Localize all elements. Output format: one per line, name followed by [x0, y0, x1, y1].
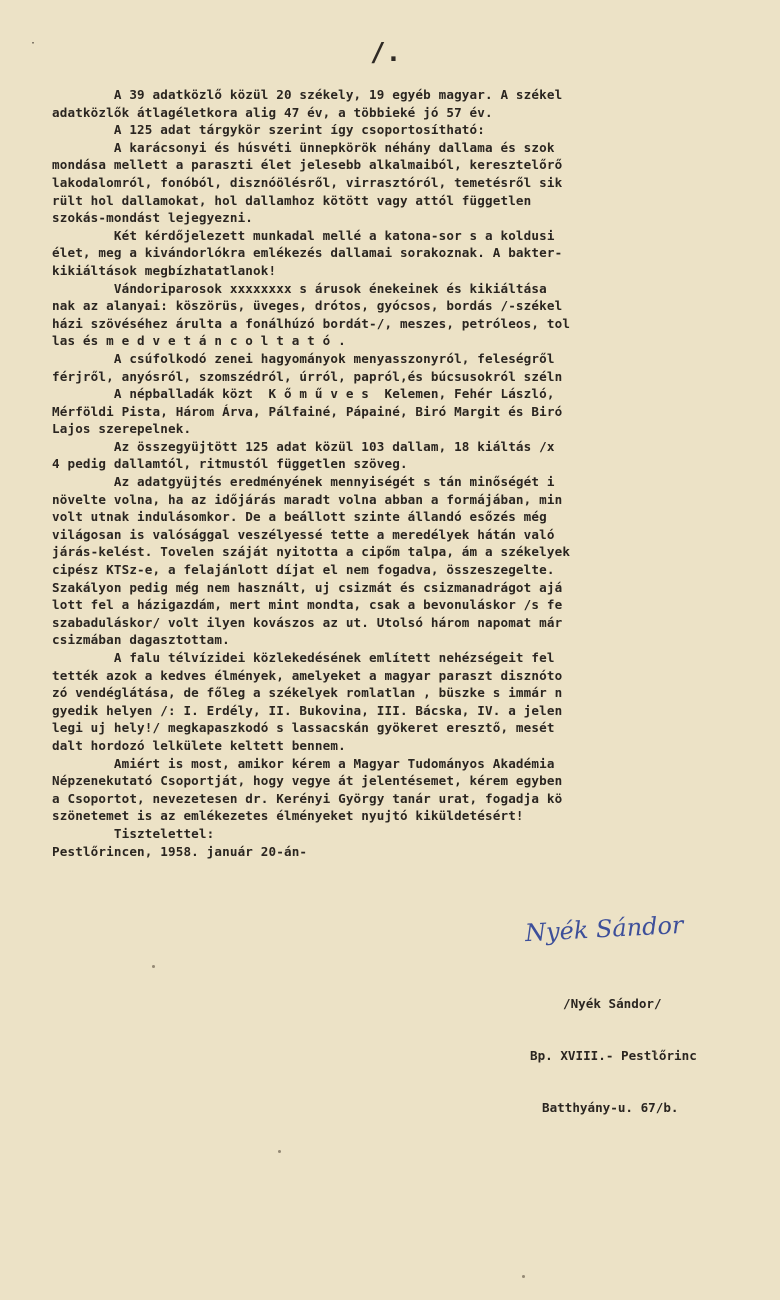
text-line: Tisztelettel:: [52, 825, 780, 843]
text-line: 4 pedig dallamtól, ritmustól független s…: [52, 455, 780, 473]
text-line: a Csoportot, nevezetesen dr. Kerényi Gyö…: [52, 790, 780, 808]
handwritten-signature: Nyék Sándor: [524, 911, 684, 947]
page-marker: /.: [370, 38, 401, 68]
address-line-2: Batthyány-u. 67/b.: [530, 1099, 697, 1116]
paper-speck: [152, 965, 155, 968]
paper-speck: [278, 1150, 281, 1153]
text-line: mondása mellett a paraszti élet jelesebb…: [52, 156, 780, 174]
text-line: tették azok a kedves élmények, amelyeket…: [52, 667, 780, 685]
text-line: A népballadák közt K ő m ű v e s Kelemen…: [52, 385, 780, 403]
text-line: adatközlők átlagéletkora alig 47 év, a t…: [52, 104, 780, 122]
text-line: kikiáltások megbízhatatlanok!: [52, 262, 780, 280]
text-line: A falu télvízidei közlekedésének említet…: [52, 649, 780, 667]
text-line: Mérföldi Pista, Három Árva, Pálfainé, Pá…: [52, 403, 780, 421]
text-line: nak az alanyai: köszörüs, üveges, drótos…: [52, 297, 780, 315]
text-line: gyedik helyen /: I. Erdély, II. Bukovina…: [52, 702, 780, 720]
text-line: dalt hordozó lelkülete keltett bennem.: [52, 737, 780, 755]
text-line: cipész KTSz-e, a felajánlott díjat el ne…: [52, 561, 780, 579]
text-line: csizmában dagasztottam.: [52, 631, 780, 649]
text-line: volt utnak indulásomkor. De a beállott s…: [52, 508, 780, 526]
letter-body: A 39 adatközlő közül 20 székely, 19 egyé…: [52, 86, 780, 860]
text-line: Szakályon pedig még nem használt, uj csi…: [52, 579, 780, 597]
text-line: legi uj hely!/ megkapaszkodó s lassacská…: [52, 719, 780, 737]
text-line: szabaduláskor/ volt ilyen kovászos az ut…: [52, 614, 780, 632]
text-line: világosan is valósággal veszélyessé tett…: [52, 526, 780, 544]
text-line: Az adatgyüjtés eredményének mennyiségét …: [52, 473, 780, 491]
signature-block: /Nyék Sándor/ Bp. XVIII.- Pestlőrinc Bat…: [530, 960, 697, 1151]
text-line: élet, meg a kivándorlókra emlékezés dall…: [52, 244, 780, 262]
text-line: Pestlőrincen, 1958. január 20-án-: [52, 843, 780, 861]
text-line: A csúfolkodó zenei hagyományok menyasszo…: [52, 350, 780, 368]
text-line: zó vendéglátása, de főleg a székelyek ro…: [52, 684, 780, 702]
text-line: férjről, anyósról, szomszédról, úrról, p…: [52, 368, 780, 386]
text-line: házi szövéséhez árulta a fonálhúzó bordá…: [52, 315, 780, 333]
text-line: A 125 adat tárgykör szerint így csoporto…: [52, 121, 780, 139]
text-line: szokás-mondást lejegyezni.: [52, 209, 780, 227]
signer-name: /Nyék Sándor/: [530, 995, 697, 1012]
text-line: Amiért is most, amikor kérem a Magyar Tu…: [52, 755, 780, 773]
text-line: lott fel a házigazdám, mert mint mondta,…: [52, 596, 780, 614]
address-line-1: Bp. XVIII.- Pestlőrinc: [530, 1047, 697, 1064]
text-line: lakodalomról, fonóból, disznóölésről, vi…: [52, 174, 780, 192]
text-line: rült hol dallamokat, hol dallamhoz kötöt…: [52, 192, 780, 210]
text-line: Két kérdőjelezett munkadal mellé a katon…: [52, 227, 780, 245]
text-line: Népzenekutató Csoportját, hogy vegye át …: [52, 772, 780, 790]
text-line: Lajos szerepelnek.: [52, 420, 780, 438]
corner-mark: ·: [30, 38, 36, 49]
typewritten-letter-page: · /. A 39 adatközlő közül 20 székely, 19…: [0, 0, 780, 1300]
paper-speck: [654, 1052, 657, 1055]
text-line: A karácsonyi és húsvéti ünnepkörök néhán…: [52, 139, 780, 157]
text-line: járás-kelést. Tovelen száját nyitotta a …: [52, 543, 780, 561]
text-line: las és m e d v e t á n c o l t a t ó .: [52, 332, 780, 350]
text-line: növelte volna, ha az időjárás maradt vol…: [52, 491, 780, 509]
text-line: Az összegyüjtött 125 adat közül 103 dall…: [52, 438, 780, 456]
paper-speck: [522, 1275, 525, 1278]
text-line: szönetemet is az emlékezetes élményeket …: [52, 807, 780, 825]
text-line: Vándoriparosok xxxxxxxx s árusok énekein…: [52, 280, 780, 298]
text-line: A 39 adatközlő közül 20 székely, 19 egyé…: [52, 86, 780, 104]
